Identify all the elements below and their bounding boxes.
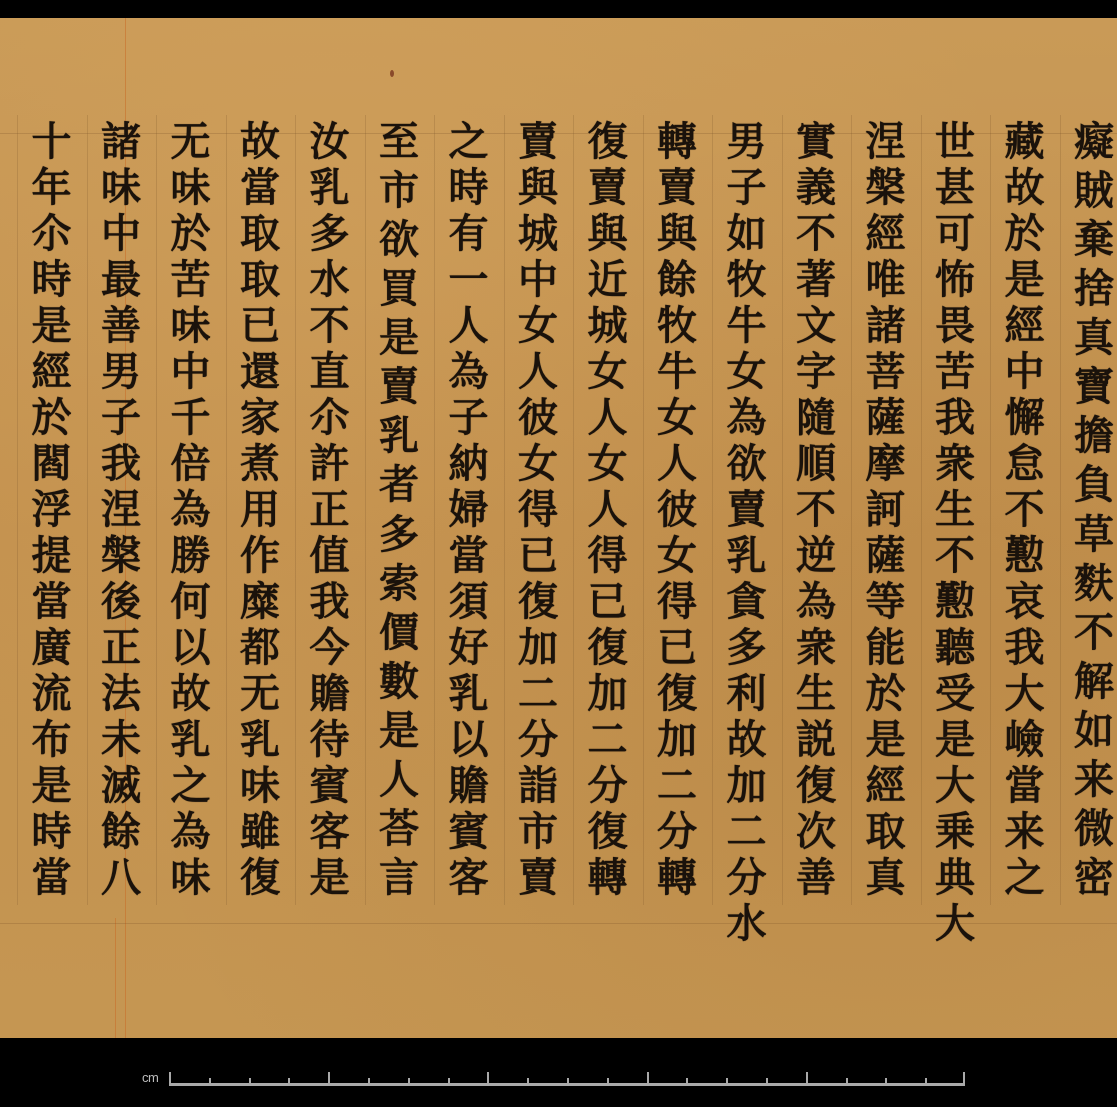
- glyph: 女: [727, 349, 767, 395]
- glyph: 經: [866, 211, 906, 257]
- glyph: 一: [449, 257, 489, 303]
- glyph: 賓: [310, 763, 350, 809]
- glyph: 中: [518, 257, 558, 303]
- glyph: 不: [1074, 610, 1114, 656]
- glyph: 之: [1005, 855, 1045, 901]
- glyph: 乳: [240, 717, 280, 763]
- glyph: 微: [1074, 806, 1114, 852]
- glyph: 賣: [588, 165, 628, 211]
- glyph: 實: [796, 119, 836, 165]
- glyph: 水: [727, 901, 767, 947]
- glyph: 復: [588, 625, 628, 671]
- glyph: 復: [796, 763, 836, 809]
- glyph: 已: [588, 579, 628, 625]
- text-column-9: 賣與城中女人彼女得已復加二分詣市賣: [504, 115, 572, 905]
- glyph: 多: [379, 512, 419, 558]
- glyph: 乳: [379, 413, 419, 459]
- glyph: 怖: [935, 257, 975, 303]
- glyph: 多: [310, 211, 350, 257]
- glyph: 草: [1074, 512, 1114, 558]
- glyph: 典: [935, 855, 975, 901]
- scale-major-tick: [169, 1072, 171, 1086]
- glyph: 正: [101, 625, 141, 671]
- glyph: 人: [588, 395, 628, 441]
- glyph: 市: [518, 809, 558, 855]
- glyph: 之: [449, 119, 489, 165]
- glyph: 我: [101, 441, 141, 487]
- scale-major-tick: [806, 1072, 808, 1086]
- glyph: 嶮: [1005, 717, 1045, 763]
- glyph: 子: [101, 395, 141, 441]
- glyph: 取: [866, 809, 906, 855]
- glyph: 轉: [657, 119, 697, 165]
- scale-minor-tick: [408, 1078, 410, 1086]
- glyph: 我: [1005, 625, 1045, 671]
- glyph: 作: [240, 533, 280, 579]
- scale-bar-line: [169, 1083, 965, 1086]
- glyph: 之: [171, 763, 211, 809]
- glyph: 賣: [518, 119, 558, 165]
- glyph: 不: [310, 303, 350, 349]
- glyph: 涅: [866, 119, 906, 165]
- glyph: 分: [518, 717, 558, 763]
- glyph: 聽: [935, 625, 975, 671]
- glyph: 人: [379, 757, 419, 803]
- glyph: 人: [449, 303, 489, 349]
- glyph: 是: [310, 855, 350, 901]
- glyph: 生: [935, 487, 975, 533]
- scale-major-tick: [963, 1072, 965, 1086]
- glyph: 時: [32, 257, 72, 303]
- glyph: 已: [657, 625, 697, 671]
- glyph: 乳: [171, 717, 211, 763]
- scale-minor-tick: [686, 1078, 688, 1086]
- glyph: 為: [796, 579, 836, 625]
- glyph: 分: [657, 809, 697, 855]
- scale-minor-tick: [249, 1078, 251, 1086]
- glyph: 價: [379, 610, 419, 656]
- scale-minor-tick: [527, 1078, 529, 1086]
- glyph: 利: [727, 671, 767, 717]
- glyph: 中: [101, 211, 141, 257]
- glyph: 流: [32, 671, 72, 717]
- glyph: 餘: [657, 257, 697, 303]
- glyph: 多: [727, 625, 767, 671]
- glyph: 城: [518, 211, 558, 257]
- glyph: 與: [588, 211, 628, 257]
- glyph: 味: [101, 165, 141, 211]
- glyph: 布: [32, 717, 72, 763]
- glyph: 不: [796, 211, 836, 257]
- glyph: 雖: [240, 809, 280, 855]
- glyph: 順: [796, 441, 836, 487]
- glyph: 正: [310, 487, 350, 533]
- scale-minor-tick: [726, 1078, 728, 1086]
- glyph: 懃: [1005, 533, 1045, 579]
- glyph: 乳: [727, 533, 767, 579]
- glyph: 以: [171, 625, 211, 671]
- glyph: 甚: [935, 165, 975, 211]
- glyph: 哀: [1005, 579, 1045, 625]
- glyph: 直: [310, 349, 350, 395]
- glyph: 字: [796, 349, 836, 395]
- glyph: 是: [379, 708, 419, 754]
- glyph: 復: [588, 809, 628, 855]
- glyph: 加: [518, 625, 558, 671]
- glyph: 得: [588, 533, 628, 579]
- glyph: 是: [379, 315, 419, 361]
- glyph: 於: [866, 671, 906, 717]
- glyph: 言: [379, 855, 419, 901]
- glyph: 餘: [101, 809, 141, 855]
- glyph: 提: [32, 533, 72, 579]
- glyph: 八: [101, 855, 141, 901]
- scale-minor-tick: [925, 1078, 927, 1086]
- glyph: 麩: [1074, 561, 1114, 607]
- text-column-3: 世甚可怖畏苦我衆生不懃聽受是大乗典大: [921, 115, 989, 905]
- glyph: 男: [101, 349, 141, 395]
- glyph: 来: [1074, 757, 1114, 803]
- glyph: 彼: [657, 487, 697, 533]
- glyph: 於: [171, 211, 211, 257]
- glyph: 當: [240, 165, 280, 211]
- glyph: 以: [449, 717, 489, 763]
- text-column-10: 之時有一人為子納婦當須好乳以贍賓客: [434, 115, 502, 905]
- glyph: 次: [796, 809, 836, 855]
- glyph: 為: [171, 487, 211, 533]
- glyph: 復: [240, 855, 280, 901]
- glyph: 復: [518, 579, 558, 625]
- glyph: 藏: [1005, 119, 1045, 165]
- glyph: 閻: [32, 441, 72, 487]
- glyph: 二: [727, 809, 767, 855]
- scale-minor-tick: [368, 1078, 370, 1086]
- glyph: 懈: [1005, 395, 1045, 441]
- glyph: 汝: [310, 119, 350, 165]
- scale-minor-tick: [209, 1078, 211, 1086]
- glyph: 真: [1074, 315, 1114, 361]
- scale-major-tick: [487, 1072, 489, 1086]
- glyph: 賣: [727, 487, 767, 533]
- paper-seam-lower: [115, 918, 116, 1038]
- glyph: 擔: [1074, 413, 1114, 459]
- glyph: 納: [449, 441, 489, 487]
- glyph: 糜: [240, 579, 280, 625]
- glyph: 最: [101, 257, 141, 303]
- glyph: 得: [518, 487, 558, 533]
- glyph: 中: [171, 349, 211, 395]
- glyph: 欲: [379, 217, 419, 263]
- scale-major-tick: [328, 1072, 330, 1086]
- glyph: 轉: [657, 855, 697, 901]
- scale-minor-tick: [766, 1078, 768, 1086]
- glyph: 與: [518, 165, 558, 211]
- glyph: 二: [588, 717, 628, 763]
- glyph: 水: [310, 257, 350, 303]
- glyph: 是: [32, 763, 72, 809]
- glyph: 味: [240, 763, 280, 809]
- glyph: 我: [310, 579, 350, 625]
- glyph: 轉: [588, 855, 628, 901]
- glyph: 等: [866, 579, 906, 625]
- glyph: 經: [866, 763, 906, 809]
- glyph: 法: [101, 671, 141, 717]
- scale-minor-tick: [846, 1078, 848, 1086]
- glyph: 我: [935, 395, 975, 441]
- glyph: 許: [310, 441, 350, 487]
- glyph: 負: [1074, 462, 1114, 508]
- glyph: 菩: [866, 349, 906, 395]
- glyph: 乗: [935, 809, 975, 855]
- glyph: 著: [796, 257, 836, 303]
- glyph: 客: [449, 855, 489, 901]
- glyph: 加: [727, 763, 767, 809]
- glyph: 故: [1005, 165, 1045, 211]
- glyph: 文: [796, 303, 836, 349]
- glyph: 取: [240, 211, 280, 257]
- glyph: 賣: [379, 364, 419, 410]
- glyph: 是: [866, 717, 906, 763]
- glyph: 於: [32, 395, 72, 441]
- glyph: 牛: [727, 303, 767, 349]
- glyph: 二: [657, 763, 697, 809]
- glyph: 當: [1005, 763, 1045, 809]
- glyph: 訶: [866, 487, 906, 533]
- glyph: 煮: [240, 441, 280, 487]
- glyph: 二: [518, 671, 558, 717]
- glyph: 子: [727, 165, 767, 211]
- glyph: 衆: [935, 441, 975, 487]
- glyph: 彼: [518, 395, 558, 441]
- glyph: 詣: [518, 763, 558, 809]
- glyph: 都: [240, 625, 280, 671]
- glyph: 乳: [310, 165, 350, 211]
- paper-stain: [390, 70, 394, 77]
- glyph: 分: [588, 763, 628, 809]
- glyph: 已: [518, 533, 558, 579]
- glyph: 味: [171, 165, 211, 211]
- glyph: 已: [240, 303, 280, 349]
- glyph: 衆: [796, 625, 836, 671]
- glyph: 當: [449, 533, 489, 579]
- glyph: 須: [449, 579, 489, 625]
- glyph: 不: [796, 487, 836, 533]
- glyph: 受: [935, 671, 975, 717]
- text-column-8: 復賣與近城女人女人得已復加二分復轉: [573, 115, 641, 905]
- glyph: 於: [1005, 211, 1045, 257]
- glyph: 牧: [657, 303, 697, 349]
- glyph: 懃: [935, 579, 975, 625]
- glyph: 説: [796, 717, 836, 763]
- glyph: 人: [518, 349, 558, 395]
- glyph: 買: [379, 266, 419, 312]
- glyph: 廣: [32, 625, 72, 671]
- glyph: 故: [727, 717, 767, 763]
- text-column-16: 十年尒時是經於閻浮提當廣流布是時當: [17, 115, 85, 905]
- glyph: 怠: [1005, 441, 1045, 487]
- scale-unit-label: cm: [142, 1070, 158, 1085]
- glyph: 真: [866, 855, 906, 901]
- glyph: 女: [518, 441, 558, 487]
- glyph: 薩: [866, 533, 906, 579]
- glyph: 諸: [866, 303, 906, 349]
- glyph: 如: [1074, 708, 1114, 754]
- glyph: 涅: [101, 487, 141, 533]
- text-column-7: 轉賣與餘牧牛女人彼女得已復加二分轉: [643, 115, 711, 905]
- glyph: 婦: [449, 487, 489, 533]
- glyph: 諸: [101, 119, 141, 165]
- glyph: 牛: [657, 349, 697, 395]
- glyph: 客: [310, 809, 350, 855]
- glyph: 唯: [866, 257, 906, 303]
- glyph: 是: [1005, 257, 1045, 303]
- glyph: 數: [379, 659, 419, 705]
- glyph: 待: [310, 717, 350, 763]
- glyph: 牧: [727, 257, 767, 303]
- glyph: 為: [171, 809, 211, 855]
- glyph: 子: [449, 395, 489, 441]
- text-column-13: 故當取取已還家煮用作糜都无乳味雖復: [226, 115, 294, 905]
- glyph: 貪: [727, 579, 767, 625]
- glyph: 至: [379, 119, 419, 165]
- glyph: 大: [1005, 671, 1045, 717]
- glyph: 故: [240, 119, 280, 165]
- glyph: 加: [657, 717, 697, 763]
- text-column-6: 男子如牧牛女為欲賣乳貪多利故加二分水: [712, 115, 780, 905]
- glyph: 得: [657, 579, 697, 625]
- glyph: 賊: [1074, 168, 1114, 214]
- glyph: 尒: [310, 395, 350, 441]
- glyph: 為: [727, 395, 767, 441]
- scale-minor-tick: [567, 1078, 569, 1086]
- glyph: 棄: [1074, 217, 1114, 263]
- glyph: 後: [101, 579, 141, 625]
- glyph: 復: [657, 671, 697, 717]
- glyph: 為: [449, 349, 489, 395]
- text-column-15: 諸味中最善男子我涅槃後正法未滅餘八: [87, 115, 155, 905]
- text-column-12: 汝乳多水不直尒許正值我今贍待賓客是: [295, 115, 363, 905]
- glyph: 市: [379, 168, 419, 214]
- glyph: 今: [310, 625, 350, 671]
- glyph: 值: [310, 533, 350, 579]
- glyph: 好: [449, 625, 489, 671]
- glyph: 故: [171, 671, 211, 717]
- glyph: 贍: [449, 763, 489, 809]
- glyph: 癡: [1074, 119, 1114, 165]
- glyph: 是: [32, 303, 72, 349]
- glyph: 畏: [935, 303, 975, 349]
- glyph: 解: [1074, 659, 1114, 705]
- text-column-2: 藏故於是經中懈怠不懃哀我大嶮當来之: [990, 115, 1058, 905]
- glyph: 取: [240, 257, 280, 303]
- glyph: 滅: [101, 763, 141, 809]
- glyph: 生: [796, 671, 836, 717]
- glyph: 城: [588, 303, 628, 349]
- glyph: 未: [101, 717, 141, 763]
- scale-minor-tick: [288, 1078, 290, 1086]
- glyph: 時: [449, 165, 489, 211]
- scale-major-tick: [647, 1072, 649, 1086]
- glyph: 可: [935, 211, 975, 257]
- glyph: 寶: [1074, 364, 1114, 410]
- glyph: 用: [240, 487, 280, 533]
- glyph: 當: [32, 855, 72, 901]
- text-columns: 癡賊棄捨真寶擔負草麩不解如来微密藏故於是經中懈怠不懃哀我大嶮當来之世甚可怖畏苦我…: [0, 115, 1117, 905]
- text-column-5: 實義不著文字隨順不逆為衆生説復次善: [782, 115, 850, 905]
- glyph: 人: [657, 441, 697, 487]
- glyph: 大: [935, 763, 975, 809]
- glyph: 經: [32, 349, 72, 395]
- glyph: 當: [32, 579, 72, 625]
- glyph: 来: [1005, 809, 1045, 855]
- glyph: 人: [588, 487, 628, 533]
- glyph: 復: [588, 119, 628, 165]
- glyph: 年: [32, 165, 72, 211]
- glyph: 與: [657, 211, 697, 257]
- text-column-11: 至市欲買是賣乳者多索價數是人荅言: [365, 115, 433, 905]
- glyph: 浮: [32, 487, 72, 533]
- glyph: 如: [727, 211, 767, 257]
- glyph: 不: [935, 533, 975, 579]
- glyph: 者: [379, 462, 419, 508]
- glyph: 中: [1005, 349, 1045, 395]
- glyph: 槃: [866, 165, 906, 211]
- glyph: 苦: [171, 257, 211, 303]
- text-column-14: 无味於苦味中千倍為勝何以故乳之為味: [156, 115, 224, 905]
- glyph: 摩: [866, 441, 906, 487]
- glyph: 索: [379, 561, 419, 607]
- glyph: 何: [171, 579, 211, 625]
- glyph: 義: [796, 165, 836, 211]
- glyph: 賓: [449, 809, 489, 855]
- glyph: 捨: [1074, 266, 1114, 312]
- glyph: 是: [935, 717, 975, 763]
- glyph: 无: [171, 119, 211, 165]
- text-column-4: 涅槃經唯諸菩薩摩訶薩等能於是經取真: [851, 115, 919, 905]
- glyph: 女: [518, 303, 558, 349]
- glyph: 薩: [866, 395, 906, 441]
- text-column-1: 癡賊棄捨真寶擔負草麩不解如来微密: [1060, 115, 1117, 905]
- glyph: 善: [101, 303, 141, 349]
- glyph: 經: [1005, 303, 1045, 349]
- glyph: 密: [1074, 855, 1114, 901]
- glyph: 分: [727, 855, 767, 901]
- glyph: 世: [935, 119, 975, 165]
- glyph: 无: [240, 671, 280, 717]
- glyph: 味: [171, 303, 211, 349]
- glyph: 還: [240, 349, 280, 395]
- glyph: 賣: [657, 165, 697, 211]
- glyph: 能: [866, 625, 906, 671]
- glyph: 大: [935, 901, 975, 947]
- glyph: 男: [727, 119, 767, 165]
- glyph: 贍: [310, 671, 350, 717]
- glyph: 十: [32, 119, 72, 165]
- scale-minor-tick: [448, 1078, 450, 1086]
- glyph: 賣: [518, 855, 558, 901]
- glyph: 乳: [449, 671, 489, 717]
- glyph: 千: [171, 395, 211, 441]
- glyph: 槃: [101, 533, 141, 579]
- glyph: 女: [588, 349, 628, 395]
- glyph: 女: [657, 395, 697, 441]
- glyph: 勝: [171, 533, 211, 579]
- glyph: 不: [1005, 487, 1045, 533]
- glyph: 苦: [935, 349, 975, 395]
- scale-minor-tick: [607, 1078, 609, 1086]
- glyph: 近: [588, 257, 628, 303]
- glyph: 女: [588, 441, 628, 487]
